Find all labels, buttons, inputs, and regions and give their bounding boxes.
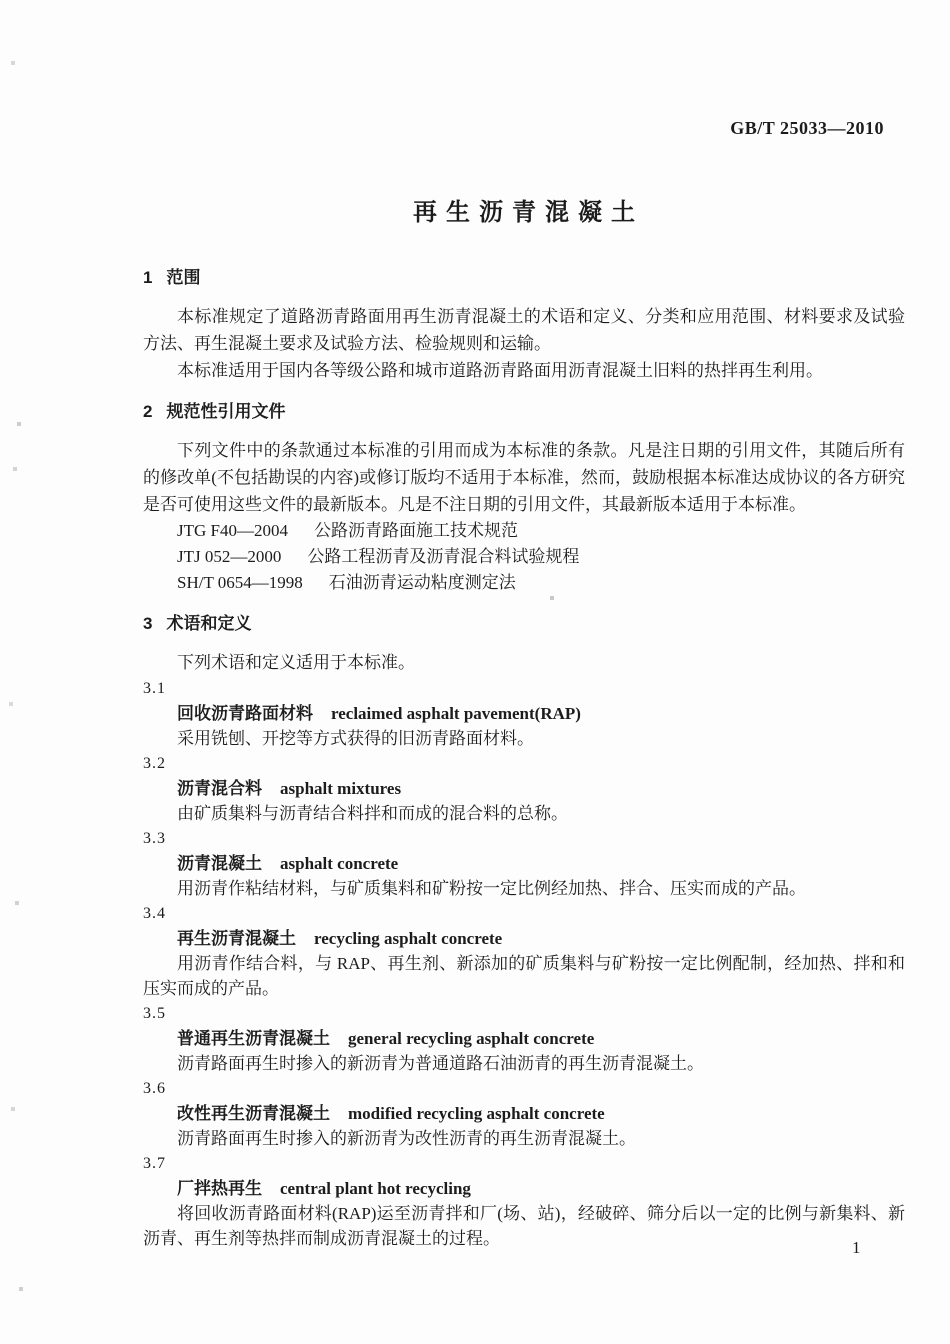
term-name-zh: 改性再生沥青混凝土 (177, 1104, 330, 1123)
term-name-en: reclaimed asphalt pavement(RAP) (331, 704, 581, 723)
term-title-line: 普通再生沥青混凝土general recycling asphalt concr… (143, 1026, 905, 1051)
term-title-line: 沥青混凝土asphalt concrete (143, 851, 905, 876)
section-scope-number: 1 (143, 268, 152, 287)
section-references-number: 2 (143, 402, 152, 421)
term-name-zh: 普通再生沥青混凝土 (177, 1029, 330, 1048)
reference-item: JTG F40—2004公路沥青路面施工技术规范 (143, 518, 905, 544)
term-number: 3.7 (143, 1151, 905, 1176)
section-scope-heading: 1范围 (143, 266, 905, 290)
term-name-zh: 沥青混合料 (177, 779, 262, 798)
document-body: 1范围 本标准规定了道路沥青路面用再生沥青混凝土的术语和定义、分类和应用范围、材… (143, 266, 905, 1251)
term-number: 3.1 (143, 676, 905, 701)
section-terms-heading: 3术语和定义 (143, 612, 905, 636)
term-definition: 沥青路面再生时掺入的新沥青为改性沥青的再生沥青混凝土。 (143, 1126, 905, 1151)
section-references-heading: 2规范性引用文件 (143, 400, 905, 424)
term-block-3-7: 3.7 厂拌热再生central plant hot recycling 将回收… (143, 1151, 905, 1251)
term-number: 3.6 (143, 1076, 905, 1101)
term-definition: 用沥青作结合料，与 RAP、再生剂、新添加的矿质集料与矿粉按一定比例配制，经加热… (143, 951, 905, 1001)
term-number: 3.4 (143, 901, 905, 926)
standard-code: GB/T 25033—2010 (730, 118, 884, 139)
term-block-3-2: 3.2 沥青混合料asphalt mixtures 由矿质集料与沥青结合料拌和而… (143, 751, 905, 826)
term-block-3-4: 3.4 再生沥青混凝土recycling asphalt concrete 用沥… (143, 901, 905, 1001)
section-terms-label: 术语和定义 (166, 614, 251, 633)
reference-title: 公路沥青路面施工技术规范 (314, 521, 518, 540)
scan-edge-artifact (810, 0, 950, 4)
term-name-en: central plant hot recycling (280, 1179, 471, 1198)
section-references-label: 规范性引用文件 (166, 402, 285, 421)
term-block-3-1: 3.1 回收沥青路面材料reclaimed asphalt pavement(R… (143, 676, 905, 751)
term-title-line: 厂拌热再生central plant hot recycling (143, 1176, 905, 1201)
term-definition: 由矿质集料与沥青结合料拌和而成的混合料的总称。 (143, 801, 905, 826)
reference-code: JTJ 052—2000 (177, 547, 281, 566)
section-terms-number: 3 (143, 614, 152, 633)
term-title-line: 再生沥青混凝土recycling asphalt concrete (143, 926, 905, 951)
term-definition: 沥青路面再生时掺入的新沥青为普通道路石油沥青的再生沥青混凝土。 (143, 1051, 905, 1076)
reference-title: 公路工程沥青及沥青混合料试验规程 (307, 547, 579, 566)
document-title: 再生沥青混凝土 (143, 192, 905, 227)
term-definition: 用沥青作粘结材料，与矿质集料和矿粉按一定比例经加热、拌合、压实而成的产品。 (143, 876, 905, 901)
term-definition: 将回收沥青路面材料(RAP)运至沥青拌和厂(场、站)，经破碎、筛分后以一定的比例… (143, 1201, 905, 1251)
term-block-3-5: 3.5 普通再生沥青混凝土general recycling asphalt c… (143, 1001, 905, 1076)
scanned-standard-page: GB/T 25033—2010 再生沥青混凝土 1范围 本标准规定了道路沥青路面… (0, 0, 950, 1344)
reference-title: 石油沥青运动粘度测定法 (329, 573, 516, 592)
term-name-en: modified recycling asphalt concrete (348, 1104, 605, 1123)
term-number: 3.5 (143, 1001, 905, 1026)
reference-item: JTJ 052—2000公路工程沥青及沥青混合料试验规程 (143, 544, 905, 570)
term-name-en: recycling asphalt concrete (314, 929, 502, 948)
terms-intro: 下列术语和定义适用于本标准。 (143, 649, 905, 676)
term-name-en: general recycling asphalt concrete (348, 1029, 594, 1048)
references-paragraph: 下列文件中的条款通过本标准的引用而成为本标准的条款。凡是注日期的引用文件，其随后… (143, 437, 905, 518)
term-block-3-3: 3.3 沥青混凝土asphalt concrete 用沥青作粘结材料，与矿质集料… (143, 826, 905, 901)
term-title-line: 沥青混合料asphalt mixtures (143, 776, 905, 801)
term-name-zh: 回收沥青路面材料 (177, 704, 313, 723)
term-block-3-6: 3.6 改性再生沥青混凝土modified recycling asphalt … (143, 1076, 905, 1151)
page-number: 1 (852, 1238, 861, 1258)
term-name-zh: 厂拌热再生 (177, 1179, 262, 1198)
term-name-zh: 沥青混凝土 (177, 854, 262, 873)
reference-item: SH/T 0654—1998石油沥青运动粘度测定法 (143, 570, 905, 596)
scan-noise-specks (0, 0, 2, 2)
scope-paragraph-1: 本标准规定了道路沥青路面用再生沥青混凝土的术语和定义、分类和应用范围、材料要求及… (143, 303, 905, 357)
term-title-line: 回收沥青路面材料reclaimed asphalt pavement(RAP) (143, 701, 905, 726)
section-scope-label: 范围 (166, 268, 200, 287)
term-title-line: 改性再生沥青混凝土modified recycling asphalt conc… (143, 1101, 905, 1126)
scope-paragraph-2: 本标准适用于国内各等级公路和城市道路沥青路面用沥青混凝土旧料的热拌再生利用。 (143, 357, 905, 384)
reference-code: SH/T 0654—1998 (177, 573, 303, 592)
term-number: 3.2 (143, 751, 905, 776)
term-name-en: asphalt concrete (280, 854, 398, 873)
term-definition: 采用铣刨、开挖等方式获得的旧沥青路面材料。 (143, 726, 905, 751)
reference-code: JTG F40—2004 (177, 521, 288, 540)
term-name-zh: 再生沥青混凝土 (177, 929, 296, 948)
term-name-en: asphalt mixtures (280, 779, 401, 798)
term-number: 3.3 (143, 826, 905, 851)
